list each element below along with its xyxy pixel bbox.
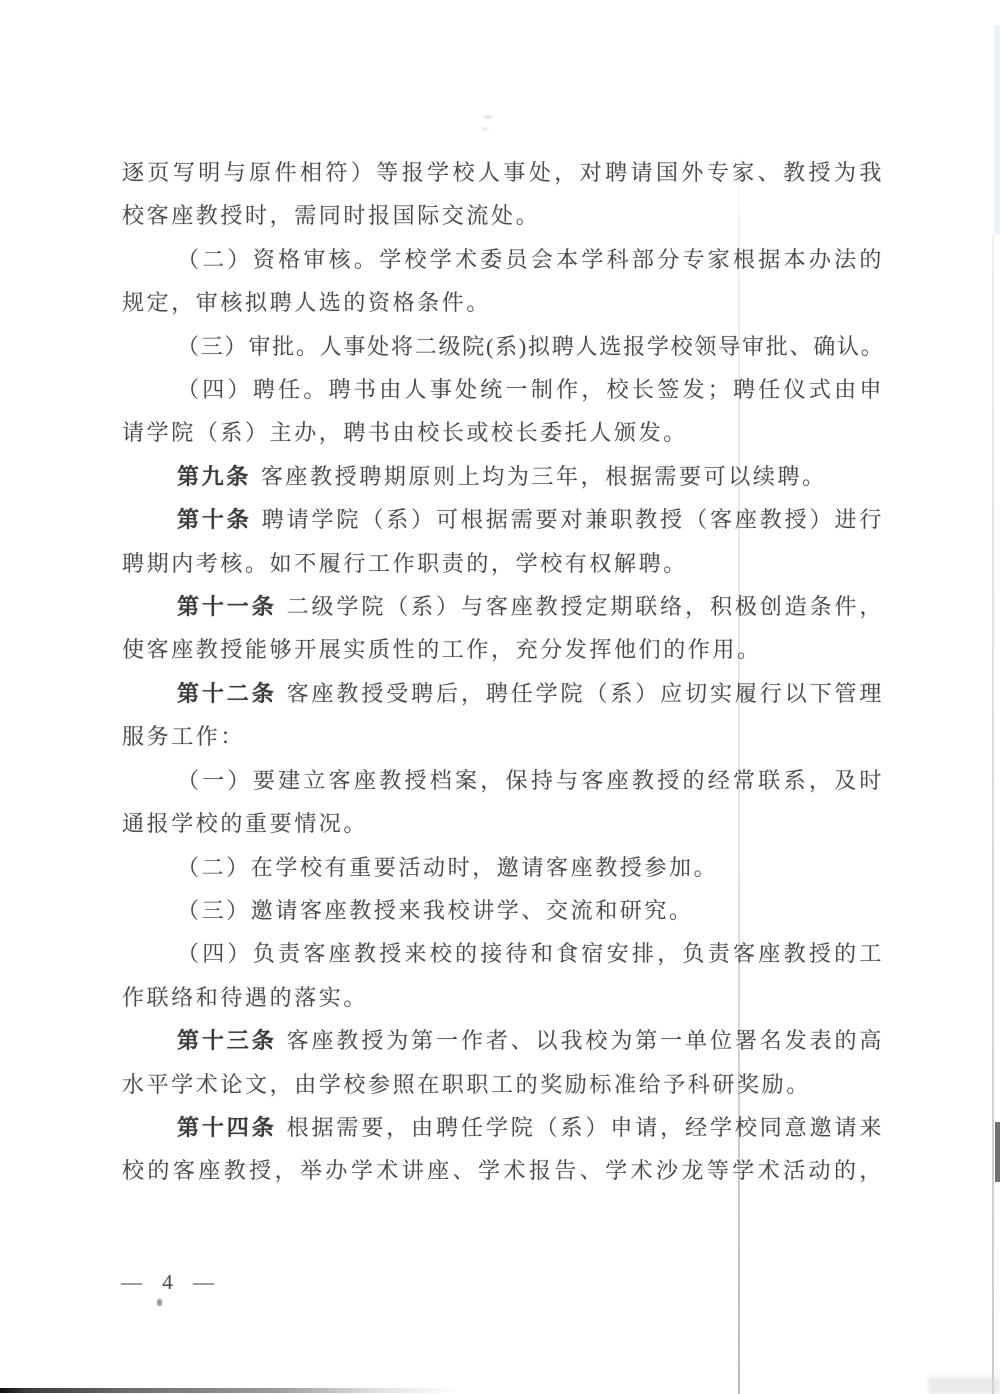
paragraph-text: （四）负责客座教授来校的接待和食宿安排，负责客座教授的工作联络和待遇的落实。 [122, 941, 884, 1009]
paragraph-text: （三）邀请客座教授来我校讲学、交流和研究。 [177, 898, 694, 923]
paragraph-item-2: （二）资格审核。学校学术委员会本学科部分专家根据本办法的规定，审核拟聘人选的资格… [122, 238, 884, 325]
article-number: 第十三条 [177, 1028, 277, 1053]
paragraph-item-4-of-12: （四）负责客座教授来校的接待和食宿安排，负责客座教授的工作联络和待遇的落实。 [122, 932, 884, 1019]
paragraph-article-13: 第十三条客座教授为第一作者、以我校为第一单位署名发表的高水平学术论文，由学校参照… [122, 1019, 884, 1106]
paragraph-text: 逐页写明与原件相符）等报学校人事处，对聘请国外专家、教授为我校客座教授时，需同时… [122, 160, 884, 228]
paragraph-article-10: 第十条聘请学院（系）可根据需要对兼职教授（客座教授）进行聘期内考核。如不履行工作… [122, 498, 884, 585]
paragraph-article-9: 第九条客座教授聘期原则上均为三年，根据需要可以续聘。 [122, 455, 884, 498]
paragraph-item-3-of-12: （三）邀请客座教授来我校讲学、交流和研究。 [122, 889, 884, 932]
paragraph-item-2-of-12: （二）在学校有重要活动时，邀请客座教授参加。 [122, 846, 884, 889]
scan-artifact-ink-dot [157, 1299, 162, 1306]
page-number: — 4 — [121, 1270, 217, 1295]
article-number: 第十条 [177, 507, 252, 532]
document-body: 逐页写明与原件相符）等报学校人事处，对聘请国外专家、教授为我校客座教授时，需同时… [122, 151, 884, 1193]
scan-artifact-right-edge-mark [995, 1122, 1000, 1182]
paragraph-text: （一）要建立客座教授档案，保持与客座教授的经常联系，及时通报学校的重要情况。 [122, 768, 884, 836]
paragraph-article-12: 第十二条客座教授受聘后，聘任学院（系）应切实履行以下管理服务工作： [122, 672, 884, 759]
paragraph-text: （四）聘任。聘书由人事处统一制作，校长签发；聘任仪式由申请学院（系）主办，聘书由… [122, 377, 884, 445]
scan-artifact-right-edge-tint [994, 25, 1000, 235]
scan-artifact-right-edge-line [992, 235, 994, 1394]
article-number: 第九条 [177, 464, 251, 489]
paragraph-text: （二）资格审核。学校学术委员会本学科部分专家根据本办法的规定，审核拟聘人选的资格… [122, 247, 884, 315]
document-page: 逐页写明与原件相符）等报学校人事处，对聘请国外专家、教授为我校客座教授时，需同时… [0, 0, 1000, 1394]
paragraph-item-1-of-12: （一）要建立客座教授档案，保持与客座教授的经常联系，及时通报学校的重要情况。 [122, 759, 884, 846]
article-number: 第十一条 [177, 594, 277, 619]
scan-artifact-bottom-right-smudge [928, 1377, 1000, 1394]
paragraph-article-11: 第十一条二级学院（系）与客座教授定期联络，积极创造条件，使客座教授能够开展实质性… [122, 585, 884, 672]
scan-artifact-bottom-strip [0, 1388, 460, 1393]
paragraph-article-14: 第十四条根据需要，由聘任学院（系）申请，经学校同意邀请来校的客座教授，举办学术讲… [122, 1106, 884, 1193]
scan-artifact-top-smudge [478, 112, 500, 134]
paragraph-text: （二）在学校有重要活动时，邀请客座教授参加。 [177, 855, 718, 880]
paragraph-continuation: 逐页写明与原件相符）等报学校人事处，对聘请国外专家、教授为我校客座教授时，需同时… [122, 151, 884, 238]
article-number: 第十四条 [177, 1115, 277, 1140]
paragraph-item-4: （四）聘任。聘书由人事处统一制作，校长签发；聘任仪式由申请学院（系）主办，聘书由… [122, 368, 884, 455]
paragraph-text: 客座教授聘期原则上均为三年，根据需要可以续聘。 [261, 464, 827, 489]
paragraph-text: （三）审批。人事处将二级院(系)拟聘人选报学校领导审批、确认。 [177, 334, 884, 359]
article-number: 第十二条 [177, 681, 277, 706]
paragraph-item-3: （三）审批。人事处将二级院(系)拟聘人选报学校领导审批、确认。 [122, 325, 884, 368]
